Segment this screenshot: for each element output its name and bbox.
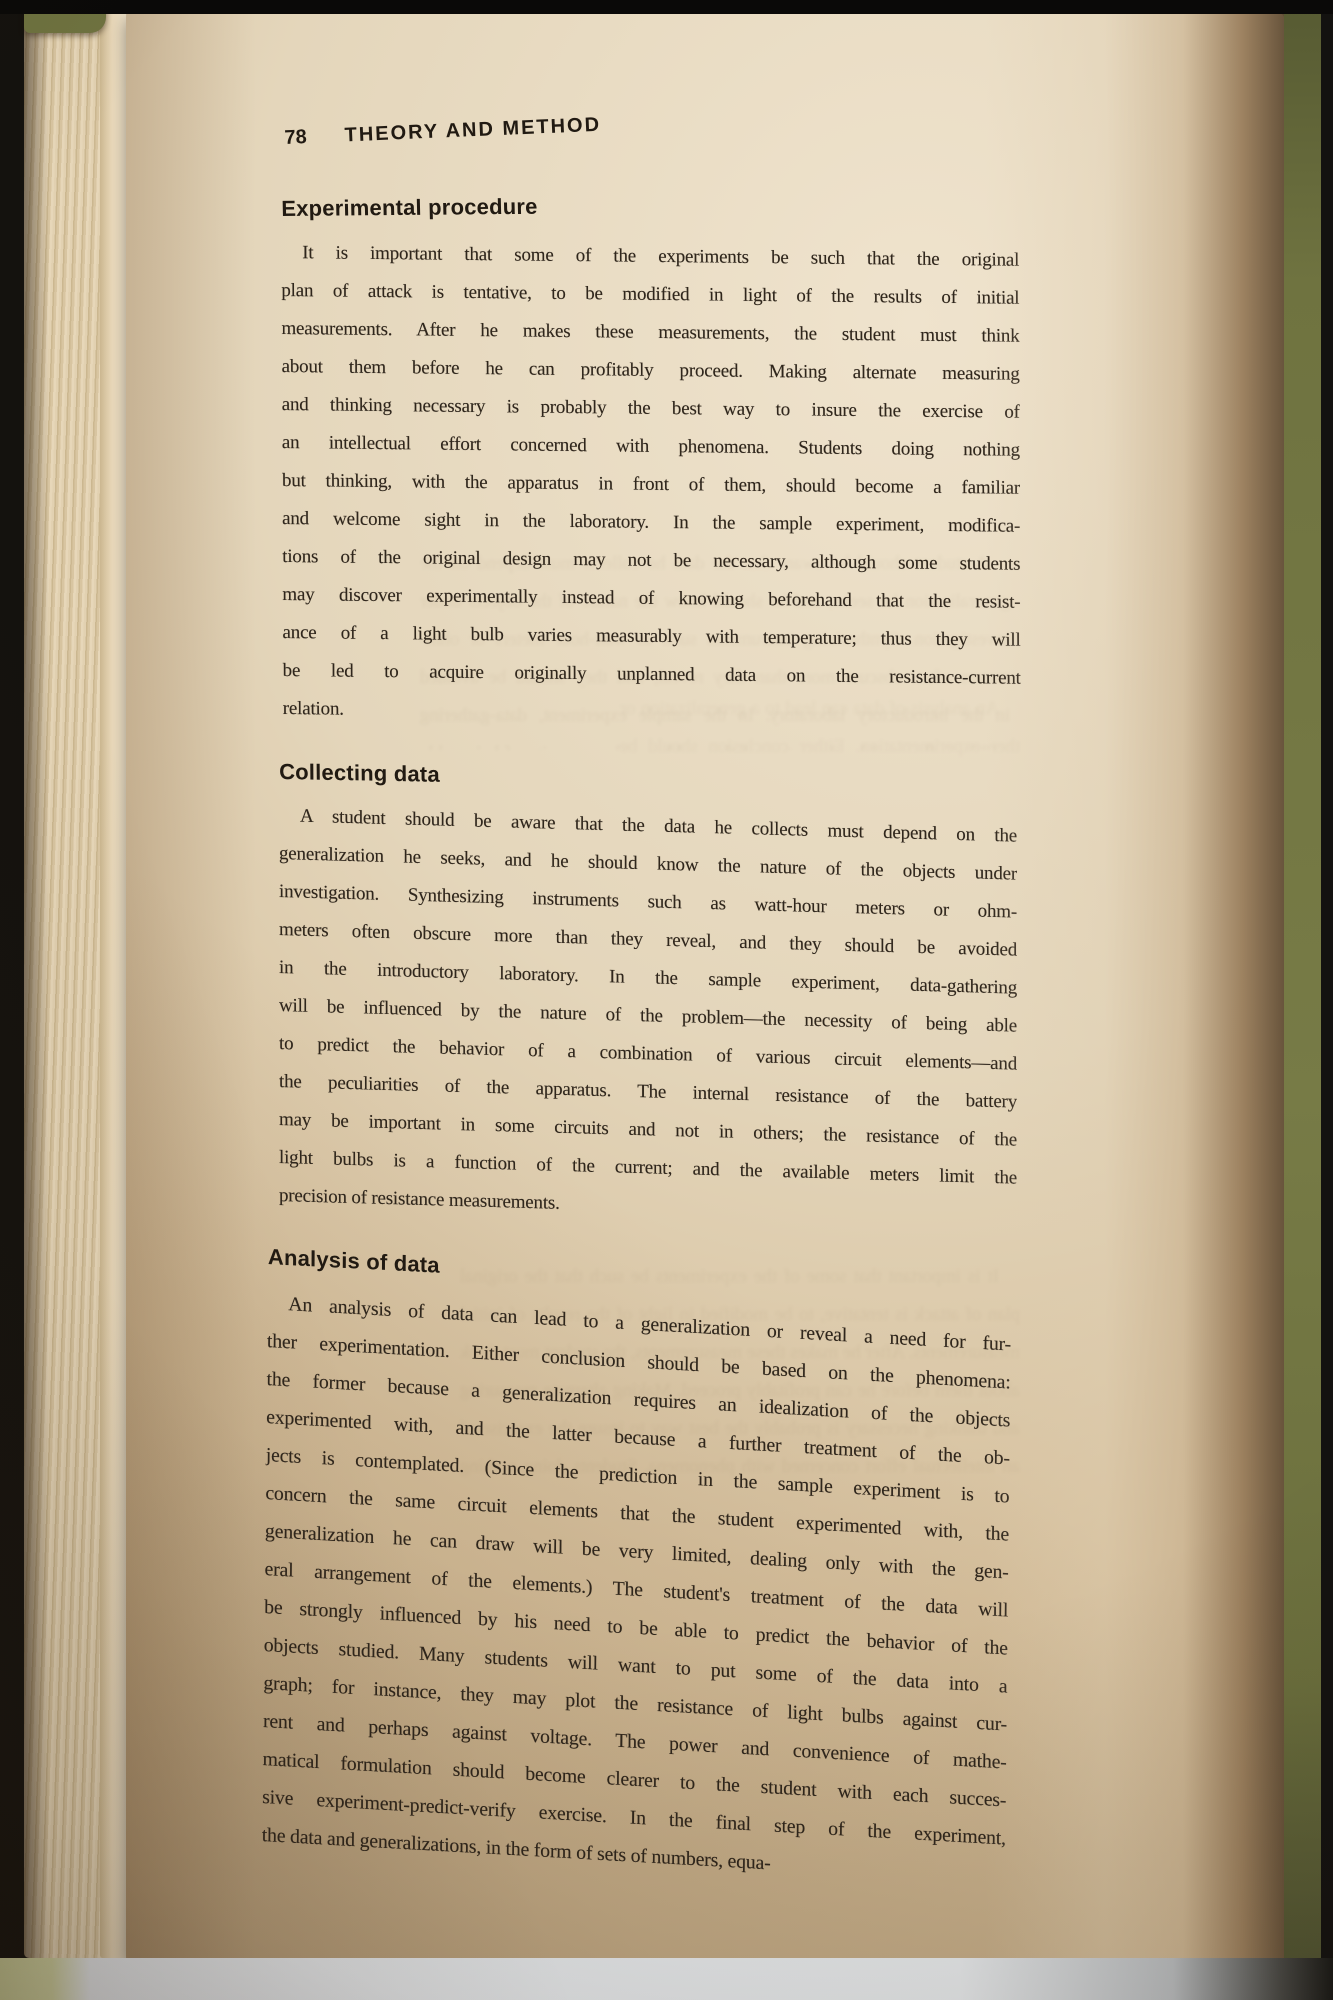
paragraph: It is important that some of the experim… (281, 234, 1021, 736)
book-cover-right-edge (1284, 0, 1324, 2000)
section-experimental-procedure: Experimental procedure It is important t… (281, 196, 1021, 736)
paragraph: A student should be aware that the data … (279, 797, 1017, 1236)
photo-top-edge (0, 0, 1333, 14)
book-photo-stage: A student should be aware that the data … (0, 0, 1333, 2000)
page-number: 78 (284, 126, 307, 150)
section-analysis-of-data: Analysis of data An analysis of data can… (262, 1244, 1012, 1896)
page-curl-shade (985, 10, 1285, 1958)
left-page-edges (24, 12, 128, 1958)
section-collecting-data: Collecting data A student should be awar… (279, 759, 1017, 1236)
text-line: relation. (283, 690, 1021, 736)
section-heading: Experimental procedure (281, 190, 1019, 222)
paragraph: An analysis of data can lead to a genera… (262, 1284, 1012, 1896)
table-surface (0, 1958, 1333, 2000)
text-line: be led to acquire originally unplanned d… (283, 652, 1021, 698)
shadow-right-edge (1321, 0, 1333, 2000)
